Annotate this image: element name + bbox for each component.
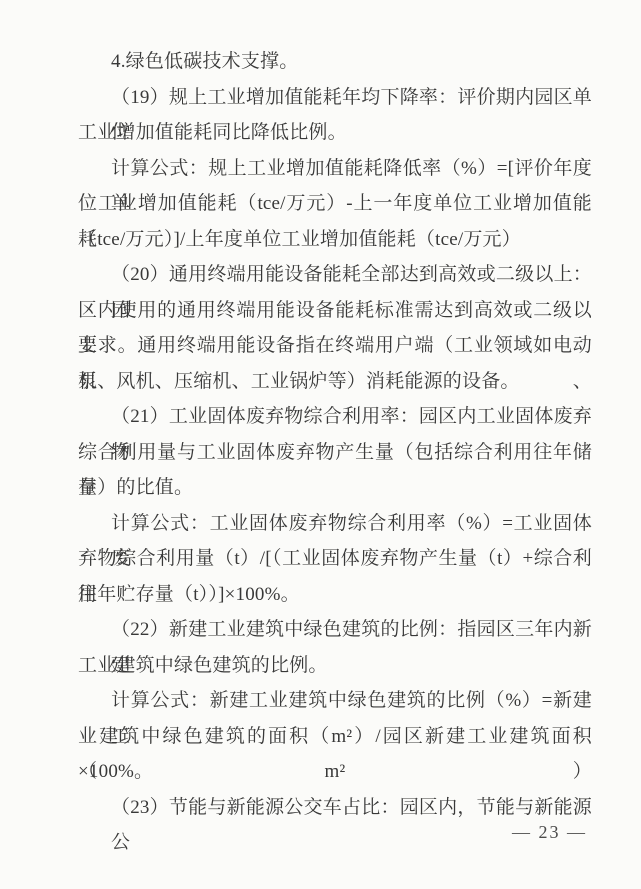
text-line: （20）通用终端用能设备能耗全部达到高效或二级以上：园 [78, 257, 592, 293]
text-line: 计算公式：规上工业增加值能耗降低率（%）=[评价年度单 [78, 151, 592, 187]
text-line: 4.绿色低碳技术支撑。 [78, 44, 592, 80]
text-line: 综合利用量与工业固体废弃物产生量（包括综合利用往年储存 [78, 435, 592, 471]
text-line: 区内使用的通用终端用能设备能耗标准需达到高效或二级以上 [78, 293, 592, 329]
text-line: 往年贮存量（t））]×100%。 [78, 577, 592, 613]
document-page: 4.绿色低碳技术支撑。 （19）规上工业增加值能耗年均下降率：评价期内园区单位 … [0, 0, 641, 889]
text-line: （tce/万元）]/上年度单位工业增加值能耗（tce/万元） [78, 222, 592, 258]
text-line: （21）工业固体废弃物综合利用率：园区内工业固体废弃物 [78, 399, 592, 435]
text-line: 量）的比值。 [78, 470, 592, 506]
text-line: 计算公式：工业固体废弃物综合利用率（%）=工业固体废 [78, 506, 592, 542]
page-number: — 23 — [512, 818, 587, 846]
text-line: 业建筑中绿色建筑的面积（m²）/园区新建工业建筑面积（m²） [78, 719, 592, 755]
text-line: 要求。通用终端用能设备指在终端用户端（工业领域如电动机、 [78, 328, 592, 364]
text-line: 泵、风机、压缩机、工业锅炉等）消耗能源的设备。 [78, 364, 592, 400]
text-line: （22）新建工业建筑中绿色建筑的比例：指园区三年内新建 [78, 612, 592, 648]
text-line: 工业建筑中绿色建筑的比例。 [78, 648, 592, 684]
text-line: 工业增加值能耗同比降低比例。 [78, 115, 592, 151]
text-line: （19）规上工业增加值能耗年均下降率：评价期内园区单位 [78, 80, 592, 116]
text-line: 计算公式：新建工业建筑中绿色建筑的比例（%）=新建工 [78, 683, 592, 719]
text-line: 弃物综合利用量（t）/[（工业固体废弃物产生量（t）+综合利用 [78, 541, 592, 577]
text-line: 位工业增加值能耗（tce/万元）-上一年度单位工业增加值能耗 [78, 186, 592, 222]
document-body: 4.绿色低碳技术支撑。 （19）规上工业增加值能耗年均下降率：评价期内园区单位 … [78, 44, 592, 825]
